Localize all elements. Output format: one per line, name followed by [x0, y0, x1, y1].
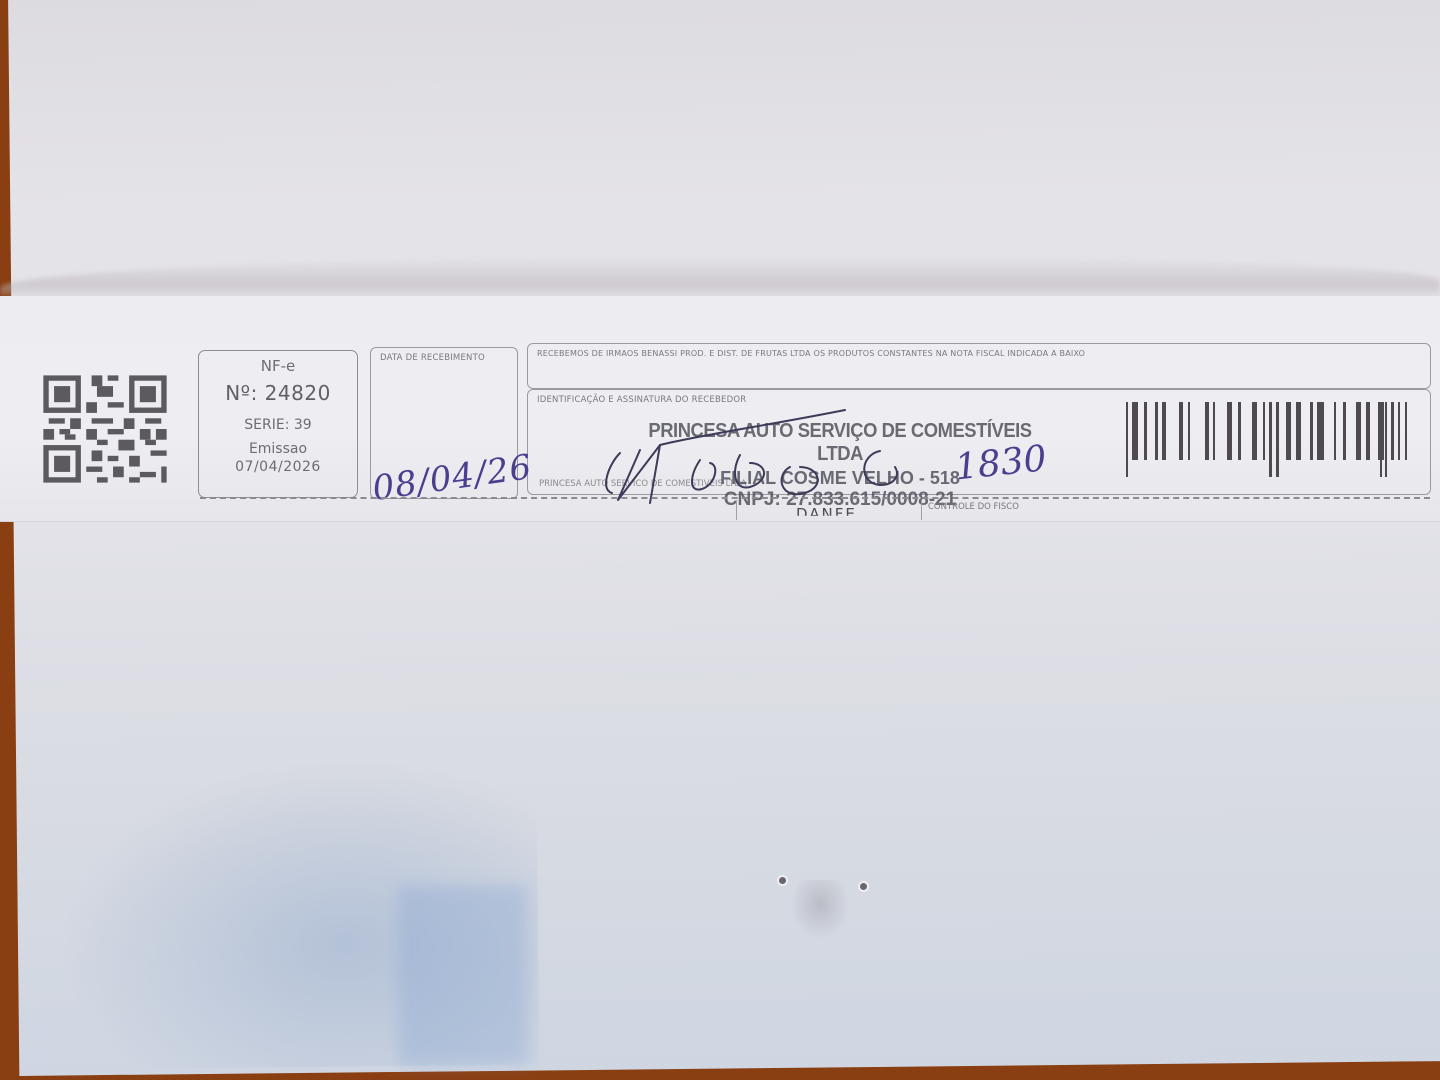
nfe-number: Nº: 24820 [199, 381, 357, 405]
staple-hole [779, 877, 786, 884]
divider [921, 500, 922, 520]
receipt-date-label: DATA DE RECEBIMENTO [380, 353, 485, 363]
shadow [397, 885, 529, 1066]
signature-number: 1830 [953, 438, 1048, 488]
qr-code-icon [38, 370, 172, 488]
staple-hole [860, 883, 867, 890]
divider [736, 500, 737, 520]
receipt-statement: RECEBEMOS DE IRMAOS BENASSI PROD. E DIST… [537, 349, 1085, 358]
fisco-control-label: CONTROLE DO FISCO [928, 502, 1019, 512]
receipt-statement-box: RECEBEMOS DE IRMAOS BENASSI PROD. E DIST… [527, 343, 1431, 389]
staple-crease [790, 880, 850, 940]
barcode-icon [1122, 400, 1410, 480]
cut-line [200, 497, 1430, 499]
nfe-info-box: NF-e Nº: 24820 SERIE: 39 Emissao 07/04/2… [198, 350, 358, 498]
emissao-date: 07/04/2026 [199, 459, 357, 475]
identification-label: IDENTIFICAÇÃO E ASSINATURA DO RECEBEDOR [537, 395, 746, 405]
emissao-label: Emissao [199, 441, 357, 457]
paper-sheet [8, 0, 1440, 1076]
nfe-serie: SERIE: 39 [199, 417, 357, 433]
nfe-title: NF-e [199, 357, 357, 375]
